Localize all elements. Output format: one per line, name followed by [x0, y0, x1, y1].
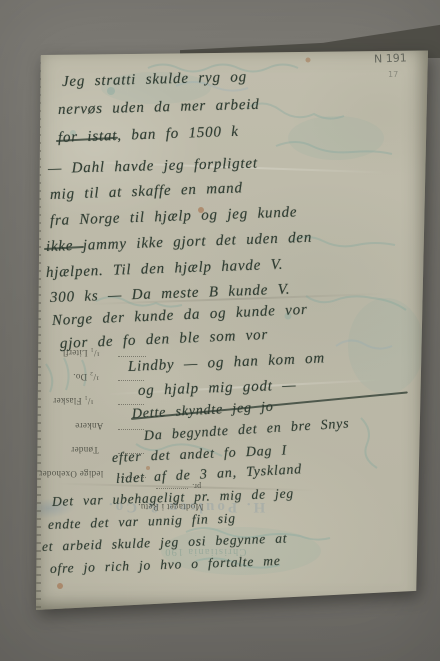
manuscript-page: N 191 17 ¹/₁ Literfl. ¹/₂ Do. ¹/₁ Flaske…: [36, 46, 428, 610]
torn-edge: [36, 46, 41, 610]
handwriting-line: og hjalp mig godt —: [138, 377, 297, 400]
handwriting-line: Jeg stratti skulde ryg og: [62, 69, 247, 91]
pencil-mark: 17: [388, 70, 398, 79]
handwriting-line: fra Norge til hjælp og jeg kunde: [50, 204, 298, 230]
handwriting-line: — Dahl havde jeg forpligtet: [48, 156, 258, 178]
archive-number: N 191: [374, 51, 407, 65]
handwriting-line: Lindby — og han kom om: [128, 350, 326, 376]
handwriting-line: lidet af de 3 an, Tyskland: [116, 462, 303, 488]
handwriting-line: nervøs uden da mer arbeid: [58, 97, 260, 119]
printed-form-label: Ankere: [75, 421, 103, 431]
manuscript-page-wrap: N 191 17 ¹/₁ Literfl. ¹/₂ Do. ¹/₁ Flaske…: [36, 46, 428, 610]
printed-form-label: ledige Oxehoder: [39, 469, 103, 479]
handwriting-line: for istat, ban fo 1500 k: [58, 124, 239, 147]
photo-background: N 191 17 ¹/₁ Literfl. ¹/₂ Do. ¹/₁ Flaske…: [0, 0, 440, 661]
handwriting-line: gjor de fo den ble som vor: [60, 327, 269, 353]
printed-dotted-leader: [118, 404, 144, 405]
handwriting-line: Norge der kunde da og kunde vor: [52, 302, 308, 330]
printed-form-label: Tønder: [71, 445, 99, 455]
printed-dotted-leader: [118, 356, 146, 357]
handwriting-line: ikke jammy ikke gjort det uden den: [46, 230, 313, 256]
printed-form-label: ¹/₂ Do.: [73, 372, 99, 382]
printed-dotted-leader: [118, 380, 144, 381]
handwriting-line: hjælpen. Til den hjælp havde V.: [46, 257, 284, 282]
handwriting-line: mig til at skaffe en mand: [50, 180, 243, 204]
handwriting-line: ofre jo rich jo hvo o fortalte me: [50, 553, 281, 577]
printed-dotted-leader: [118, 429, 144, 430]
printed-form-label: ¹/₁ Flasker: [53, 396, 93, 406]
